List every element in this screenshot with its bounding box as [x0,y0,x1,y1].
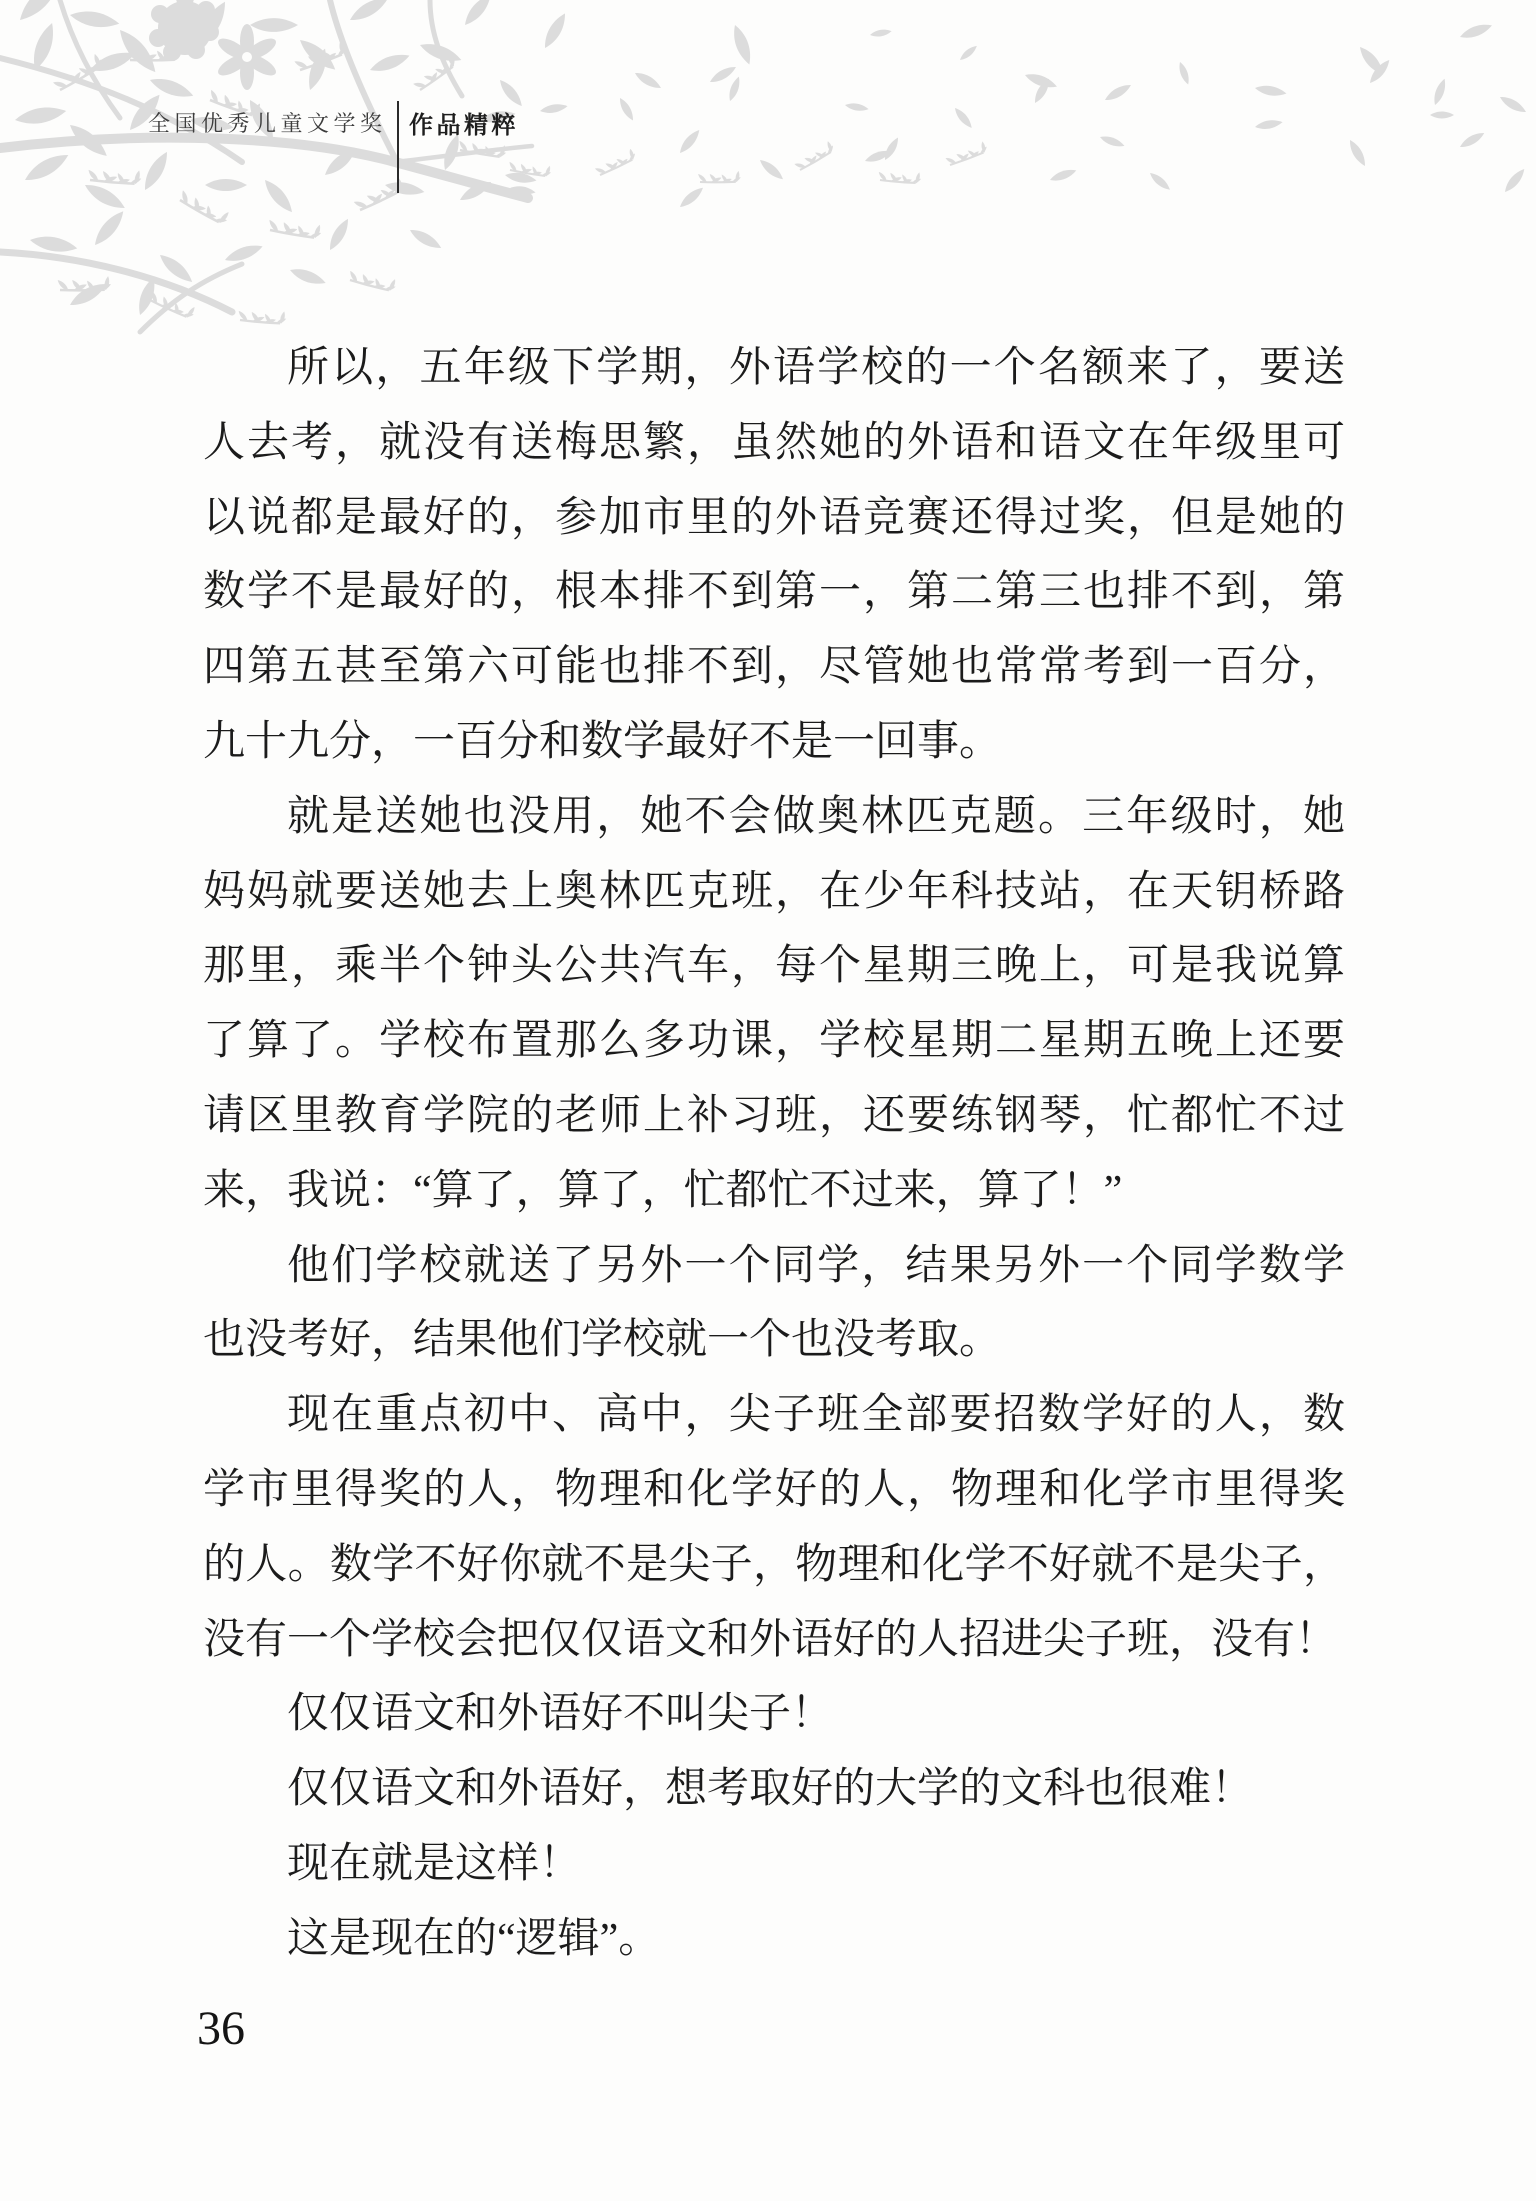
text-line: 没有一个学校会把仅仅语文和外语好的人招进尖子班，没有！ [203,1603,1345,1678]
book-page: 全国优秀儿童文学奖 作品精粹 所以，五年级下学期，外语学校的一个名额来了，要送人… [0,0,1536,2201]
text-line: 妈妈就要送她去上奥林匹克班，在少年科技站，在天钥桥路 [203,855,1345,930]
text-line: 请区里教育学院的老师上补习班，还要练钢琴，忙都忙不过 [203,1079,1345,1154]
text-line: 所以，五年级下学期，外语学校的一个名额来了，要送 [203,331,1345,406]
text-line: 数学不是最好的，根本排不到第一，第二第三也排不到，第 [203,555,1345,630]
paragraph: 所以，五年级下学期，外语学校的一个名额来了，要送人去考，就没有送梅思繁，虽然她的… [203,331,1345,780]
text-line: 就是送她也没用，她不会做奥林匹克题。三年级时，她 [203,780,1345,855]
text-line: 这是现在的“逻辑”。 [203,1902,1345,1977]
text-line: 人去考，就没有送梅思繁，虽然她的外语和语文在年级里可 [203,406,1345,481]
text-line: 来，我说：“算了，算了，忙都忙不过来，算了！” [203,1154,1345,1229]
text-line: 仅仅语文和外语好不叫尖子！ [203,1677,1345,1752]
paragraph: 现在重点初中、高中，尖子班全部要招数学好的人，数学市里得奖的人，物理和化学好的人… [203,1378,1345,1677]
text-line: 也没考好，结果他们学校就一个也没考取。 [203,1303,1345,1378]
paragraph: 就是送她也没用，她不会做奥林匹克题。三年级时，她妈妈就要送她去上奥林匹克班，在少… [203,780,1345,1229]
paragraph: 仅仅语文和外语好，想考取好的大学的文科也很难！ [203,1752,1345,1827]
collection-title: 作品精粹 [409,105,519,140]
text-line: 以说都是最好的，参加市里的外语竞赛还得过奖，但是她的 [203,481,1345,556]
text-line: 仅仅语文和外语好，想考取好的大学的文科也很难！ [203,1752,1345,1827]
text-line: 的人。数学不好你就不是尖子，物理和化学不好就不是尖子， [203,1528,1345,1603]
text-line: 四第五甚至第六可能也排不到，尽管她也常常考到一百分， [203,630,1345,705]
header-divider-line [397,101,399,193]
text-line: 那里，乘半个钟头公共汽车，每个星期三晚上，可是我说算 [203,929,1345,1004]
paragraph: 现在就是这样！ [203,1827,1345,1902]
text-line: 了算了。学校布置那么多功课，学校星期二星期五晚上还要 [203,1004,1345,1079]
paragraph: 仅仅语文和外语好不叫尖子！ [203,1677,1345,1752]
text-line: 现在重点初中、高中，尖子班全部要招数学好的人，数 [203,1378,1345,1453]
text-line: 现在就是这样！ [203,1827,1345,1902]
paragraph: 他们学校就送了另外一个同学，结果另外一个同学数学也没考好，结果他们学校就一个也没… [203,1229,1345,1379]
paragraph: 这是现在的“逻辑”。 [203,1902,1345,1977]
running-header: 全国优秀儿童文学奖 作品精粹 [0,0,1536,220]
body-text: 所以，五年级下学期，外语学校的一个名额来了，要送人去考，就没有送梅思繁，虽然她的… [203,331,1345,1977]
text-line: 九十九分，一百分和数学最好不是一回事。 [203,705,1345,780]
text-line: 他们学校就送了另外一个同学，结果另外一个同学数学 [203,1229,1345,1304]
page-number: 36 [197,2001,245,2056]
series-title: 全国优秀儿童文学奖 [148,107,387,138]
text-line: 学市里得奖的人，物理和化学好的人，物理和化学市里得奖 [203,1453,1345,1528]
